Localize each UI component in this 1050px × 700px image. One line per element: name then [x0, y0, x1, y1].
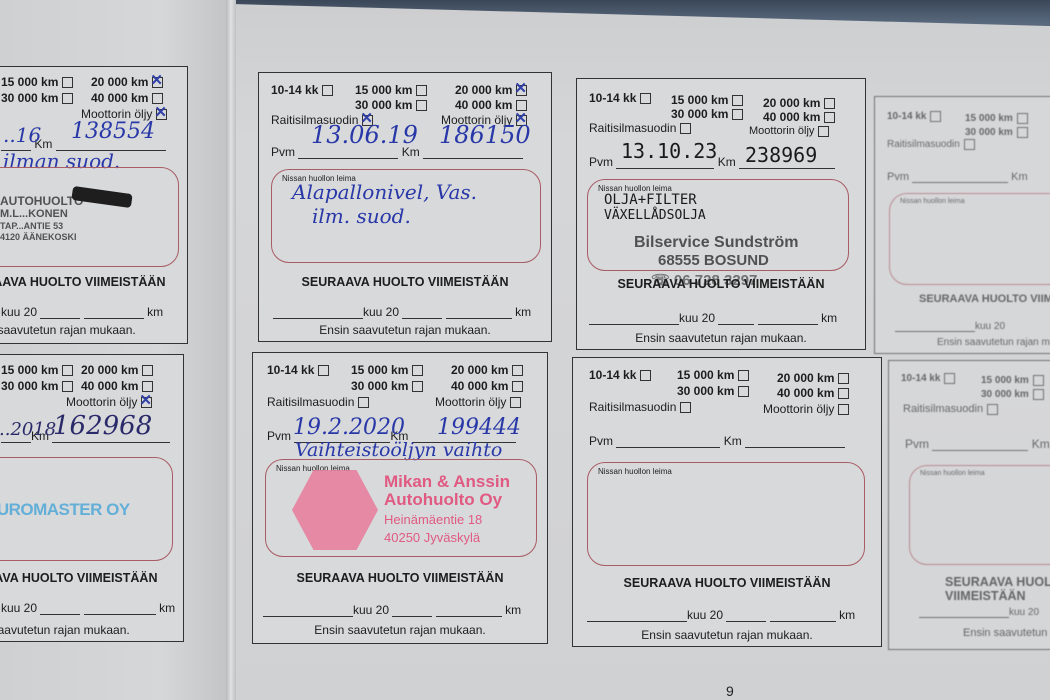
label-engine-oil: Moottorin öljy [66, 395, 137, 409]
checkbox-20000[interactable] [824, 98, 835, 109]
first-reached-note: Ensin saavutetun rajan mukaan. [0, 623, 165, 637]
label-15000: 15 000 km [671, 93, 728, 107]
stamp-line: 40250 Jyväskylä [384, 530, 480, 545]
label-20000: 20 000 km [455, 83, 512, 97]
service-card-center-top: 10-14 kk 15 000 km 20 000 km 30 000 km 4… [258, 72, 552, 342]
label-15000: 15 000 km [965, 113, 1013, 124]
label-date: Pvm [267, 429, 291, 443]
label-km-suffix: km [839, 608, 855, 622]
label-month: kuu 20 [679, 311, 715, 325]
label-30000: 30 000 km [677, 384, 734, 398]
checkbox-engine-oil[interactable] [818, 126, 829, 137]
checkbox-20000[interactable] [516, 85, 527, 96]
label-20000: 20 000 km [81, 363, 138, 377]
checkbox-30000[interactable] [62, 381, 73, 392]
stamp-box: AUTOHUOLTO M.L...KONEN TAP...ANTIE 53 41… [0, 167, 179, 267]
next-service-heading: SEURAAVA HUOLTO VIIMEISTÄÄN [0, 275, 185, 289]
label-40000: 40 000 km [91, 91, 148, 105]
label-km: Km [724, 434, 742, 448]
label-interval: 10-14 kk [267, 363, 314, 377]
stamp-line: Bilservice Sundström [634, 234, 799, 252]
service-card-right-bottom: 10-14 kk 15 000 km 20 000 km 30 000 km 4… [572, 357, 882, 647]
next-service-heading: SEURAAVA HUOLTO VIIMEISTÄÄN [577, 277, 865, 291]
label-date: Pvm [887, 171, 909, 183]
label-15000: 15 000 km [351, 363, 408, 377]
label-interval: 10-14 kk [589, 91, 636, 105]
label-20000: 20 000 km [91, 75, 148, 89]
label-date: Pvm [589, 155, 613, 169]
label-km-suffix: km [515, 305, 531, 319]
stamp-box: Nissan huollon leima Mikan & Anssin Auto… [265, 459, 537, 557]
label-engine-oil: Moottorin öljy [435, 395, 506, 409]
label-20000: 20 000 km [777, 371, 834, 385]
label-30000: 30 000 km [1, 379, 58, 393]
service-card-center-bottom: 10-14 kk 15 000 km 20 000 km 30 000 km 4… [252, 352, 548, 644]
label-interval: 10-14 kk [589, 368, 636, 382]
service-card-left-top: 15 000 km 20 000 km 30 000 km 40 000 km … [0, 66, 188, 344]
checkbox-30000[interactable] [62, 93, 73, 104]
first-reached-note: Ensin saavutetun rajan mukaan. [963, 627, 1050, 639]
stamp-label: Nissan huollon leima [920, 470, 985, 477]
checkbox-20000[interactable] [838, 373, 849, 384]
label-interval: 10-14 kk [901, 373, 940, 384]
label-date: Pvm [271, 145, 295, 159]
label-cabin-filter: Raitisilmasuodin [903, 403, 983, 415]
label-month: kuu 20 [363, 305, 399, 319]
label-cabin-filter: Raitisilmasuodin [267, 395, 354, 409]
label-km: Km [718, 155, 736, 169]
checkbox-15000[interactable] [738, 370, 749, 381]
first-reached-note: Ensin saavutetun rajan mukaan. [0, 323, 173, 337]
label-40000: 40 000 km [455, 98, 512, 112]
label-month: kuu 20 [353, 603, 389, 617]
next-service-heading: SEURAAVA HUOLTO VIIMEISTÄÄN [573, 576, 881, 590]
label-30000: 30 000 km [1, 91, 58, 105]
label-date: Pvm [905, 437, 929, 451]
service-card-far-right-top: 10-14 kk 15 000 km 30 000 km Raitisilmas… [874, 96, 1050, 354]
label-15000: 15 000 km [1, 363, 58, 377]
handwritten-date: 13.10.23 [621, 139, 717, 163]
checkbox-cabin-filter[interactable] [964, 139, 975, 150]
label-month: kuu 20 [1, 601, 37, 615]
checkbox-engine-oil[interactable] [510, 397, 521, 408]
label-15000: 15 000 km [1, 75, 58, 89]
checkbox-engine-oil[interactable] [141, 397, 152, 408]
handwritten-km: 162968 [53, 411, 152, 441]
checkbox-30000[interactable] [738, 386, 749, 397]
label-40000: 40 000 km [777, 386, 834, 400]
handwritten-date: 13.06.19 [311, 121, 418, 149]
first-reached-note: Ensin saavutetun rajan mukaan. [577, 331, 865, 345]
service-card-left-bottom: 15 000 km 20 000 km 30 000 km 40 000 km … [0, 354, 184, 642]
label-cabin-filter: Raitisilmasuodin [887, 139, 960, 150]
label-km: Km [1032, 437, 1050, 451]
first-reached-note: Ensin saavutetun rajan mukaan. [253, 623, 547, 637]
page-number: 9 [726, 683, 734, 699]
label-15000: 15 000 km [981, 375, 1029, 386]
checkbox-15000[interactable] [62, 77, 73, 88]
handwritten-km: 138554 [71, 119, 155, 144]
stamp-label: Nissan huollon leima [900, 198, 965, 205]
label-40000: 40 000 km [451, 379, 508, 393]
stamp-line: TAP...ANTIE 53 [0, 221, 63, 231]
service-card-far-right-bottom: 10-14 kk 15 000 km 30 000 km Raitisilmas… [888, 360, 1050, 650]
label-20000: 20 000 km [451, 363, 508, 377]
label-20000: 20 000 km [763, 96, 820, 110]
label-engine-oil: Moottorin öljy [763, 402, 834, 416]
checkbox-20000[interactable] [512, 365, 523, 376]
stamp-label: Nissan huollon leima [598, 467, 672, 476]
label-30000: 30 000 km [671, 107, 728, 121]
label-km-suffix: km [159, 601, 175, 615]
checkbox-15000[interactable] [1033, 375, 1044, 386]
checkbox-15000[interactable] [62, 365, 73, 376]
checkbox-30000[interactable] [416, 100, 427, 111]
checkbox-interval[interactable] [930, 111, 941, 122]
label-km-suffix: km [147, 305, 163, 319]
next-service-heading: SEURAAVA HUOLTO VIIMEISTÄÄN [0, 571, 175, 585]
label-30000: 30 000 km [981, 389, 1029, 400]
next-service-heading: SEURAAVA HUOLTO VIIMEISTÄÄN [945, 575, 1050, 603]
label-40000: 40 000 km [81, 379, 138, 393]
checkbox-engine-oil[interactable] [156, 109, 167, 120]
stamp-line: Autohuolto Oy [384, 490, 502, 510]
handwritten-date: ..16 [3, 123, 41, 147]
stamp-line: EUROMASTER OY [0, 500, 130, 520]
stamp-line: 68555 BOSUND [658, 252, 769, 269]
handwritten-km: 186150 [439, 121, 531, 149]
label-interval: 10-14 kk [887, 111, 926, 122]
stamp-box: Nissan huollon leima [909, 465, 1050, 565]
stamp-box: Nissan huollon leima [889, 193, 1050, 285]
handwritten-date: ..2018 [0, 419, 56, 440]
label-40000: 40 000 km [763, 110, 820, 124]
stamp-box: Nissan huollon leima Alapallonivel, Vas.… [271, 169, 541, 263]
label-date: Pvm [589, 434, 613, 448]
label-month: kuu 20 [1009, 607, 1039, 618]
checkbox-cabin-filter[interactable] [680, 123, 691, 134]
checkbox-40000[interactable] [824, 112, 835, 123]
stamp-line: Heinämäentie 18 [384, 512, 482, 527]
label-month: kuu 20 [1, 305, 37, 319]
label-15000: 15 000 km [355, 83, 412, 97]
checkbox-15000[interactable] [412, 365, 423, 376]
label-km-suffix: km [821, 311, 837, 325]
handwritten-note: VÄXELLÅDSOLJA [604, 208, 706, 223]
label-30000: 30 000 km [351, 379, 408, 393]
checkbox-30000[interactable] [412, 381, 423, 392]
checkbox-30000[interactable] [1033, 389, 1044, 400]
stamp-line: Mikan & Anssin [384, 472, 510, 492]
checkbox-30000[interactable] [1017, 127, 1028, 138]
first-reached-note: Ensin saavutetun rajan mukaan. [259, 323, 551, 337]
stamp-box: Nissan huollon leima OLJA+FILTER VÄXELLÅ… [587, 179, 849, 271]
checkbox-15000[interactable] [416, 85, 427, 96]
stamp-box: Nissan huollon leima [587, 462, 865, 566]
handwritten-note: OLJA+FILTER [604, 192, 697, 208]
checkbox-40000[interactable] [838, 388, 849, 399]
label-km-suffix: km [505, 603, 521, 617]
label-30000: 30 000 km [965, 127, 1013, 138]
checkbox-30000[interactable] [732, 109, 743, 120]
checkbox-20000[interactable] [142, 365, 153, 376]
handwritten-km: 199444 [437, 415, 521, 440]
checkbox-20000[interactable] [152, 77, 163, 88]
checkbox-engine-oil[interactable] [838, 404, 849, 415]
first-reached-note: Ensin saavutetun rajan mukaan. [573, 628, 881, 642]
checkbox-40000[interactable] [512, 381, 523, 392]
label-cabin-filter: Raitisilmasuodin [589, 121, 676, 135]
label-cabin-filter: Raitisilmasuodin [589, 400, 676, 414]
stamp-logo-icon [292, 470, 378, 550]
next-service-heading: SEURAAVA HUOLTO VIIMEISTÄÄN [919, 293, 1050, 305]
next-service-heading: SEURAAVA HUOLTO VIIMEISTÄÄN [259, 275, 551, 289]
first-reached-note: Ensin saavutetun rajan mukaan. [937, 337, 1050, 348]
checkbox-cabin-filter[interactable] [358, 397, 369, 408]
checkbox-15000[interactable] [1017, 113, 1028, 124]
checkbox-cabin-filter[interactable] [680, 402, 691, 413]
stamp-box: EUROMASTER OY [0, 457, 173, 561]
handwritten-note: Alapallonivel, Vas. [292, 180, 477, 204]
handwritten-km: 238969 [745, 143, 817, 167]
label-engine-oil: Moottorin öljy [749, 125, 814, 137]
stamp-line: 4120 ÄÄNEKOSKI [0, 232, 77, 242]
checkbox-interval[interactable] [640, 93, 651, 104]
next-service-heading: SEURAAVA HUOLTO VIIMEISTÄÄN [253, 571, 547, 585]
label-15000: 15 000 km [677, 368, 734, 382]
label-km: Km [1011, 171, 1028, 183]
label-interval: 10-14 kk [271, 83, 318, 97]
service-card-right-top: 10-14 kk 15 000 km 20 000 km 30 000 km 4… [576, 78, 866, 350]
handwritten-date: 19.2.2020 [293, 415, 405, 440]
label-month: kuu 20 [687, 608, 723, 622]
checkbox-interval[interactable] [318, 365, 329, 376]
checkbox-cabin-filter[interactable] [987, 404, 998, 415]
stamp-line: M.L...KONEN [0, 208, 68, 220]
checkbox-interval[interactable] [322, 85, 333, 96]
handwritten-note: Vaihteistoöljyn vaihto [295, 439, 502, 461]
label-month: kuu 20 [975, 321, 1005, 332]
checkbox-15000[interactable] [732, 95, 743, 106]
book-spine [226, 0, 236, 700]
checkbox-interval[interactable] [944, 373, 955, 384]
checkbox-interval[interactable] [640, 370, 651, 381]
handwritten-note: ilm. suod. [312, 204, 411, 228]
